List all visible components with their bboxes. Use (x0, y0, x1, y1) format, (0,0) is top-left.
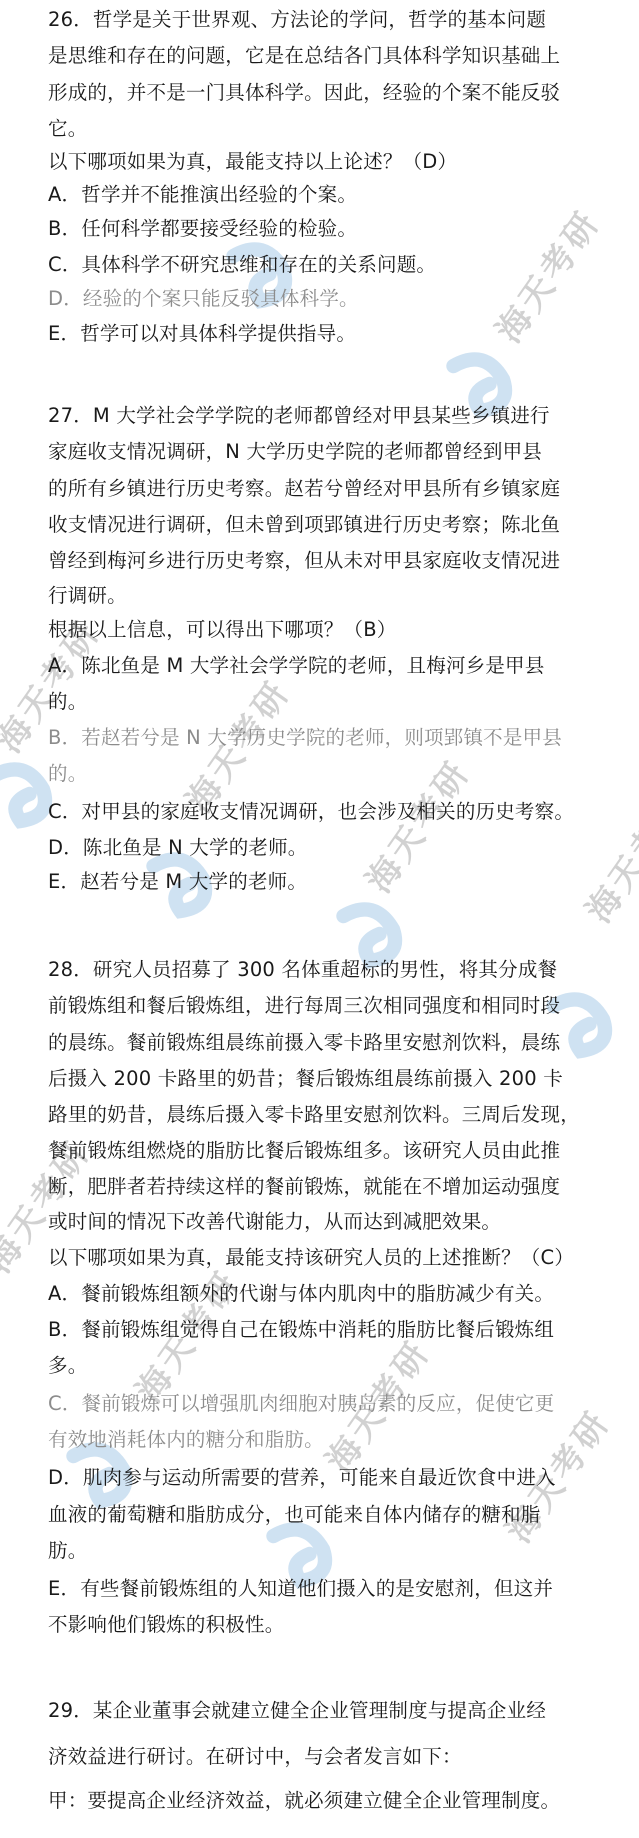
q28-stem: 或时间的情况下改善代谢能力，从而达到减肥效果。 (48, 1206, 501, 1234)
q27-stem: 家庭收支情况调研，N 大学历史学院的老师都曾经到甲县 (48, 436, 542, 464)
q27-stem: 曾经到梅河乡进行历史考察，但从未对甲县家庭收支情况进 (48, 545, 560, 573)
watermark-text: 海天考研 (572, 778, 639, 931)
q26-option-d-correct: D．经验的个案只能反驳具体科学。 (48, 283, 359, 311)
q28-stem: 28．研究人员招募了 300 名体重超标的男性，将其分成餐 (48, 954, 557, 982)
q26-option-c: C．具体科学不研究思维和存在的关系问题。 (48, 249, 436, 277)
q28-option-d: 血液的葡萄糖和脂肪成分，也可能来自体内储存的糖和脂 (48, 1499, 541, 1527)
q28-option-d: D．肌肉参与运动所需要的营养，可能来自最近饮食中进入 (48, 1462, 556, 1490)
q27-option-b-correct: B．若赵若兮是 N 大学历史学院的老师，则项郢镇不是甲县 (48, 722, 562, 750)
q27-option-a: 的。 (48, 686, 87, 714)
q26-stem: 它。 (48, 113, 87, 141)
q28-stem: 前锻炼组和餐后锻炼组，进行每周三次相同强度和相同时段 (48, 990, 560, 1018)
q27-option-d: D．陈北鱼是 N 大学的老师。 (48, 832, 308, 860)
q26-stem: 是思维和存在的问题，它是在总结各门具体科学知识基础上 (48, 40, 560, 68)
watermark-text: 海天考研 (482, 198, 609, 351)
q27-option-c: C．对甲县的家庭收支情况调研，也会涉及相关的历史考察。 (48, 796, 574, 824)
q26-stem: 形成的，并不是一门具体科学。因此，经验的个案不能反驳 (48, 77, 560, 105)
q28-stem: 餐前锻炼组燃烧的脂肪比餐后锻炼组多。该研究人员由此推 (48, 1135, 560, 1163)
watermark-text: 海天考研 (352, 748, 479, 901)
q27-option-b-correct: 的。 (48, 758, 87, 786)
q28-option-b: 多。 (48, 1350, 87, 1378)
q29-stem: 济效益进行研讨。在研讨中，与会者发言如下： (48, 1741, 462, 1769)
q26-stem: 26．哲学是关于世界观、方法论的学问，哲学的基本问题 (48, 4, 546, 32)
exam-page: 海天考研 海天考研 海天考研 海天考研 海天考研 海天考研 海天考研 海天考研 … (0, 0, 639, 1838)
q28-option-b: B．餐前锻炼组觉得自己在锻炼中消耗的脂肪比餐后锻炼组 (48, 1314, 554, 1342)
q27-stem: 收支情况进行调研，但未曾到项郢镇进行历史考察；陈北鱼 (48, 509, 560, 537)
q28-option-c-correct: C．餐前锻炼可以增强肌肉细胞对胰岛素的反应，促使它更 (48, 1388, 554, 1416)
q28-option-d: 肪。 (48, 1535, 87, 1563)
q27-option-a: A．陈北鱼是 M 大学社会学学院的老师，且梅河乡是甲县 (48, 650, 544, 678)
q28-stem: 后摄入 200 卡路里的奶昔；餐后锻炼组晨练前摄入 200 卡 (48, 1063, 563, 1091)
q29-stem: 甲：要提高企业经济效益，就必须建立健全企业管理制度。 (48, 1785, 560, 1813)
q27-stem: 行调研。 (48, 580, 127, 608)
q28-option-e: E．有些餐前锻炼组的人知道他们摄入的是安慰剂，但这并 (48, 1573, 553, 1601)
q29-stem: 29．某企业董事会就建立健全企业管理制度与提高企业经 (48, 1695, 546, 1723)
q28-option-a: A．餐前锻炼组额外的代谢与体内肌肉中的脂肪减少有关。 (48, 1278, 554, 1306)
q26-option-a: A．哲学并不能推演出经验的个案。 (48, 179, 357, 207)
q28-option-e: 不影响他们锻炼的积极性。 (48, 1609, 284, 1637)
q27-option-e: E．赵若兮是 M 大学的老师。 (48, 866, 307, 894)
q27-stem: 的所有乡镇进行历史考察。赵若兮曾经对甲县所有乡镇家庭 (48, 473, 560, 501)
q28-stem: 路里的奶昔，晨练后摄入零卡路里安慰剂饮料。三周后发现， (48, 1099, 580, 1127)
q27-stem: 27．M 大学社会学学院的老师都曾经对甲县某些乡镇进行 (48, 400, 550, 428)
q27-prompt: 根据以上信息，可以得出下哪项？（B） (48, 614, 396, 642)
q26-option-b: B．任何科学都要接受经验的检验。 (48, 213, 357, 241)
q28-stem: 的晨练。餐前锻炼组晨练前摄入零卡路里安慰剂饮料，晨练 (48, 1027, 560, 1055)
q28-option-c-correct: 有效地消耗体内的糖分和脂肪。 (48, 1424, 324, 1452)
q28-prompt: 以下哪项如果为真，最能支持该研究人员的上述推断？（C） (48, 1242, 574, 1270)
q28-stem: 断，肥胖者若持续这样的餐前锻炼，就能在不增加运动强度 (48, 1171, 560, 1199)
q26-prompt: 以下哪项如果为真，最能支持以上论述？（D） (48, 146, 457, 174)
q26-option-e: E．哲学可以对具体科学提供指导。 (48, 318, 356, 346)
